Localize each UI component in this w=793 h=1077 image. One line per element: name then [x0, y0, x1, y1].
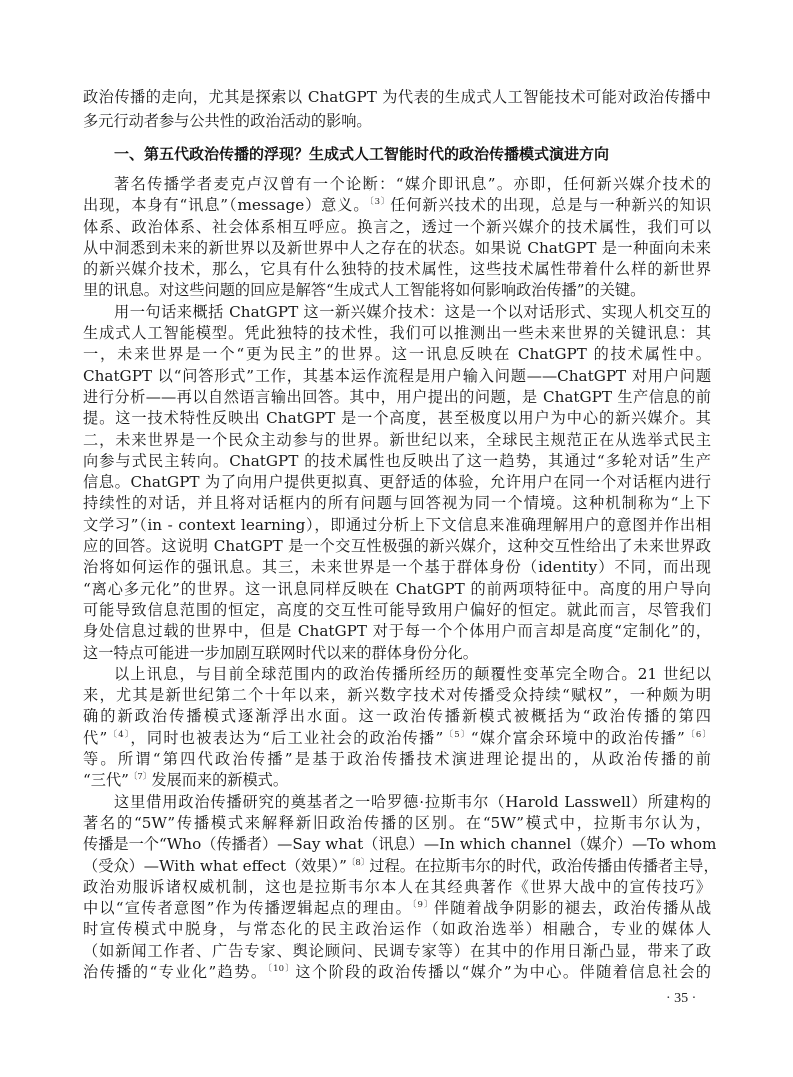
text-line: 的新兴媒介技术，那么，它具有什么独特的技术属性，这些技术属性带着什么样的新世界: [83, 259, 711, 280]
text-line: 确的新政治传播模式逐渐浮出水面。这一政治传播新模式被概括为“政治传播的第四: [83, 706, 711, 727]
text-line: 多元行动者参与公共性的政治活动的影响。: [83, 110, 711, 134]
text-line: 出现，本身有“讯息”（message）意义。〔3〕任何新兴技术的出现，总是与一种…: [83, 195, 711, 216]
text-line: 持续性的对话，并且将对话框内的所有问题与回答视为同一个情境。这种机制称为“上下: [83, 493, 711, 514]
text-line: 政治传播的走向，尤其是探索以 ChatGPT 为代表的生成式人工智能技术可能对政…: [83, 86, 711, 110]
paragraph: 这里借用政治传播研究的奠基者之一哈罗德·拉斯韦尔（Harold Lasswell…: [83, 792, 711, 984]
text-line: 从中洞悉到未来的新世界以及新世界中人之存在的状态。如果说 ChatGPT 是一种…: [83, 238, 711, 259]
text-line: “三代”〔7〕发展而来的新模式。: [83, 770, 711, 791]
text-line: ChatGPT 以“问答形式”工作，其基本运作流程是用户输入问题——ChatGP…: [83, 366, 711, 387]
text-line: 治将如何运作的强讯息。其三，未来世界是一个基于群体身份（identity）不同，…: [83, 557, 711, 578]
text-line: 提。这一技术特性反映出 ChatGPT 是一个高度，甚至极度以用户为中心的新兴媒…: [83, 408, 711, 429]
text-line: 时宣传模式中脱身，与常态化的民主政治运作（如政治选举）相融合，专业的媒体人: [83, 919, 711, 940]
text-line: 等。所谓“第四代政治传播”是基于政治传播技术演进理论提出的，从政治传播的前: [83, 749, 711, 770]
text-line: 向参与式民主转向。ChatGPT 的技术属性也反映出了这一趋势，其通过“多轮对话…: [83, 451, 711, 472]
text-line: 信息。ChatGPT 为了向用户提供更拟真、更舒适的体验，允许用户在同一个对话框…: [83, 472, 711, 493]
citation-marker: 〔9〕: [412, 900, 434, 910]
text-line: （如新闻工作者、广告专家、舆论顾问、民调专家等）在其中的作用日渐凸显，带来了政: [83, 941, 711, 962]
citation-marker: 〔4〕: [107, 730, 130, 740]
text-line: 中以“宣传者意图”作为传播逻辑起点的理由。〔9〕伴随着战争阴影的褪去，政治传播从…: [83, 898, 711, 919]
page-number: · 35 ·: [666, 991, 696, 1007]
text-line: 治传播的“专业化”趋势。〔10〕这个阶段的政治传播以“媒介”为中心。伴随着信息社…: [83, 962, 711, 983]
text-line: 进行分析——再以自然语言输出回答。其中，用户提出的问题，是 ChatGPT 生产…: [83, 387, 711, 408]
citation-marker: 〔10〕: [268, 964, 296, 974]
intro-paragraph: 政治传播的走向，尤其是探索以 ChatGPT 为代表的生成式人工智能技术可能对政…: [83, 86, 711, 133]
text-line: 二，未来世界是一个民众主动参与的世界。新世纪以来，全球民主规范正在从选举式民主: [83, 430, 711, 451]
citation-marker: 〔7〕: [129, 772, 151, 782]
text-line: 传播是一个“Who（传播者）—Say what（讯息）—In which cha…: [83, 834, 711, 855]
text-line: 一，未来世界是一个“更为民主”的世界。这一讯息反映在 ChatGPT 的技术属性…: [83, 344, 711, 365]
text-line: 用一句话来概括 ChatGPT 这一新兴媒介技术：这是一个以对话形式、实现人机交…: [83, 302, 711, 323]
text-line: 这里借用政治传播研究的奠基者之一哈罗德·拉斯韦尔（Harold Lasswell…: [83, 792, 711, 813]
text-line: 里的讯息。对这些问题的回应是解答“生成式人工智能将如何影响政治传播”的关键。: [83, 280, 711, 301]
citation-marker: 〔5〕: [443, 730, 470, 740]
text-line: 代”〔4〕，同时也被表达为“后工业社会的政治传播”〔5〕“媒介富余环境中的政治传…: [83, 728, 711, 749]
text-line: 以上讯息，与目前全球范围内的政治传播所经历的颠覆性变革完全吻合。21 世纪以: [83, 664, 711, 685]
citation-marker: 〔6〕: [685, 730, 711, 740]
text-line: 来，尤其是新世纪第二个十年以来，新兴数字技术对传播受众持续“赋权”，一种颇为明: [83, 685, 711, 706]
text-line: 著名的“5W”传播模式来解释新旧政治传播的区别。在“5W”模式中，拉斯韦尔认为，: [83, 813, 711, 834]
text-line: “离心多元化”的世界。这一讯息同样反映在 ChatGPT 的前两项特征中。高度的…: [83, 579, 711, 600]
citation-marker: 〔8〕: [347, 858, 369, 868]
text-line: 生成式人工智能模型。凭此独特的技术性，我们可以推测出一些未来世界的关键讯息：其: [83, 323, 711, 344]
paragraph: 著名传播学者麦克卢汉曾有一个论断：“媒介即讯息”。亦即，任何新兴媒介技术的 出现…: [83, 174, 711, 302]
text-line: 文学习”（in - context learning），即通过分析上下文信息来准…: [83, 515, 711, 536]
text-line: 著名传播学者麦克卢汉曾有一个论断：“媒介即讯息”。亦即，任何新兴媒介技术的: [83, 174, 711, 195]
text-line: （受众）—With what effect（效果）”〔8〕过程。在拉斯韦尔的时代…: [83, 856, 711, 877]
citation-marker: 〔3〕: [369, 197, 390, 207]
article-body: 政治传播的走向，尤其是探索以 ChatGPT 为代表的生成式人工智能技术可能对政…: [83, 86, 711, 983]
text-line: 政治劝服诉诸权威机制，这也是拉斯韦尔本人在其经典著作《世界大战中的宣传技巧》: [83, 877, 711, 898]
paragraph: 用一句话来概括 ChatGPT 这一新兴媒介技术：这是一个以对话形式、实现人机交…: [83, 302, 711, 664]
text-line: 可能导致信息范围的恒定，高度的交互性可能导致用户偏好的恒定。就此而言，尽管我们: [83, 600, 711, 621]
text-line: 这一特点可能进一步加剧互联网时代以来的群体身份分化。: [83, 643, 711, 664]
section-heading: 一、第五代政治传播的浮现？生成式人工智能时代的政治传播模式演进方向: [83, 143, 711, 165]
paragraph: 以上讯息，与目前全球范围内的政治传播所经历的颠覆性变革完全吻合。21 世纪以 来…: [83, 664, 711, 792]
text-line: 身处信息过载的世界中，但是 ChatGPT 对于每一个个体用户而言却是高度“定制…: [83, 621, 711, 642]
text-line: 应的回答。这说明 ChatGPT 是一个交互性极强的新兴媒介，这种交互性给出了未…: [83, 536, 711, 557]
text-line: 体系、政治体系、社会体系相互呼应。换言之，透过一个新兴媒介的技术属性，我们可以: [83, 217, 711, 238]
